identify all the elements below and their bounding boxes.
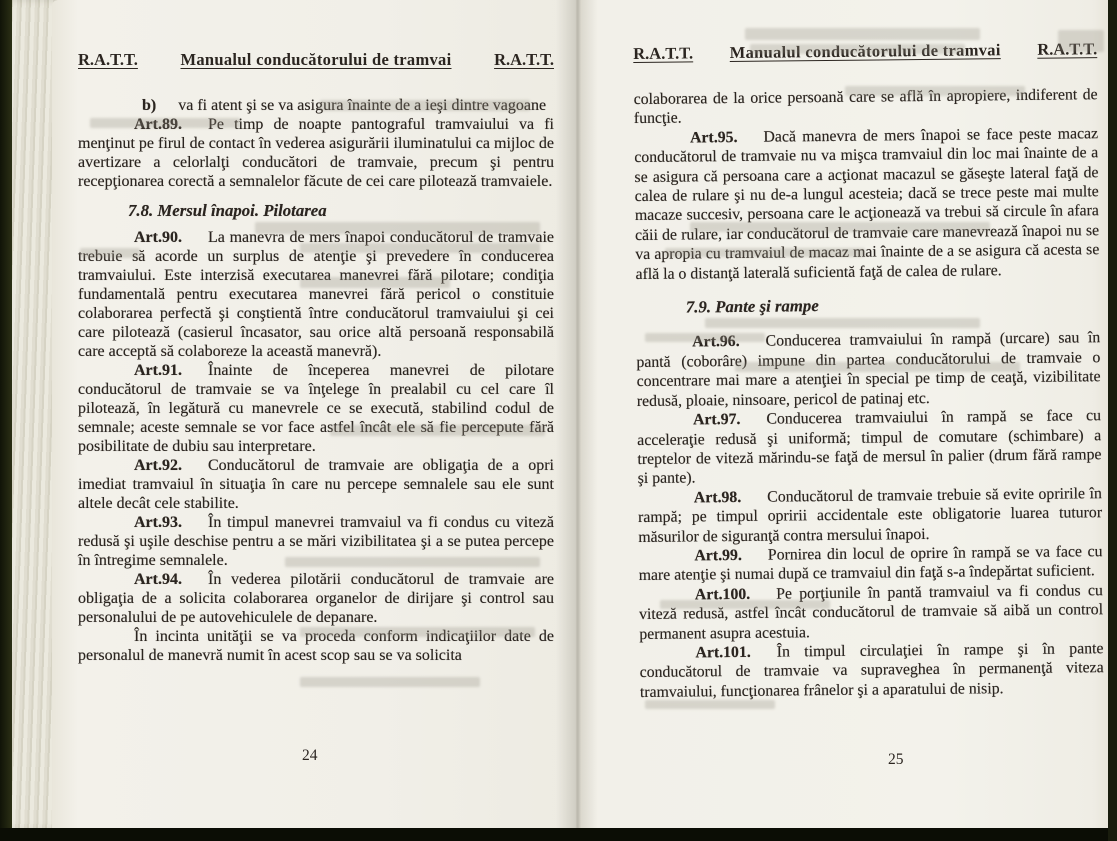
ghost-showthrough bbox=[300, 627, 535, 637]
article-label: Art.101. bbox=[695, 644, 750, 662]
gutter-shadow bbox=[556, 0, 598, 830]
article-paragraph: Art.97.Conducerea tramvaiului în rampă s… bbox=[637, 406, 1102, 488]
ghost-showthrough bbox=[735, 362, 1020, 372]
ghost-showthrough bbox=[255, 222, 540, 234]
article-label: Art.92. bbox=[134, 457, 182, 474]
ghost-showthrough bbox=[300, 277, 450, 288]
article-paragraph: Art.99.Pornirea din locul de oprire în r… bbox=[638, 542, 1102, 586]
section-heading: 7.9. Pante şi rampe bbox=[636, 293, 1100, 317]
header-ratt-left: R.A.T.T. bbox=[633, 43, 693, 64]
article-label: Art.94. bbox=[134, 571, 182, 588]
header-ratt-right: R.A.T.T. bbox=[494, 50, 554, 70]
article-paragraph: Art.100.Pe porţiunile în pantă tramvaiul… bbox=[639, 581, 1104, 644]
ghost-showthrough bbox=[285, 557, 540, 567]
ghost-showthrough bbox=[660, 600, 830, 609]
ghost-showthrough bbox=[665, 248, 865, 257]
ghost-showthrough bbox=[300, 677, 480, 687]
article-label: Art.98. bbox=[694, 489, 742, 506]
article-label: Art.97. bbox=[693, 411, 741, 428]
article-paragraph: Art.101.În timpul circulaţiei în rampe ş… bbox=[639, 639, 1104, 702]
scan-border-bottom bbox=[0, 828, 1117, 841]
ghost-showthrough bbox=[330, 425, 545, 436]
article-label: b) bbox=[142, 97, 156, 114]
header-ratt-left: R.A.T.T. bbox=[78, 50, 138, 70]
page-body: b)va fi atent şi se va asigura înainte d… bbox=[78, 96, 554, 665]
paragraph-text: 7.8. Mersul înapoi. Pilotarea bbox=[128, 201, 327, 220]
ghost-showthrough bbox=[645, 333, 765, 342]
paragraph-text: Dacă manevra de mers înapoi se face pest… bbox=[634, 125, 1099, 283]
scan-border-right bbox=[1108, 0, 1117, 841]
article-label: Art.90. bbox=[134, 229, 182, 246]
ghost-showthrough bbox=[320, 100, 530, 111]
ghost-showthrough bbox=[690, 222, 990, 232]
article-label: Art.99. bbox=[694, 547, 742, 564]
paragraph-text: 7.9. Pante şi rampe bbox=[686, 296, 819, 316]
page-number: 24 bbox=[302, 747, 318, 765]
ghost-showthrough bbox=[1058, 30, 1104, 52]
article-label: Art.95. bbox=[690, 129, 738, 146]
page-header: R.A.T.T. Manualul conducătorului de tram… bbox=[78, 50, 554, 70]
ghost-showthrough bbox=[845, 86, 1025, 96]
article-label: Art.91. bbox=[134, 362, 182, 379]
article-paragraph: Art.94.În vederea pilotării conducătorul… bbox=[78, 570, 554, 627]
article-paragraph: Art.92.Conducătorul de tramvaie are obli… bbox=[78, 456, 554, 513]
section-heading: 7.8. Mersul înapoi. Pilotarea bbox=[78, 201, 554, 220]
article-paragraph: Art.95.Dacă manevra de mers înapoi se fa… bbox=[634, 124, 1100, 284]
ghost-showthrough bbox=[90, 118, 240, 128]
ghost-showthrough bbox=[300, 243, 540, 253]
ghost-showthrough bbox=[750, 44, 965, 54]
article-paragraph: Art.91.Înainte de începerea manevrei de … bbox=[78, 361, 554, 456]
left-page-content: R.A.T.T. Manualul conducătorului de tram… bbox=[78, 50, 554, 665]
ghost-showthrough bbox=[705, 318, 980, 328]
page-number: 25 bbox=[888, 751, 904, 769]
article-label: Art.93. bbox=[134, 514, 182, 531]
header-title: Manualul conducătorului de tramvai bbox=[180, 50, 451, 70]
ghost-showthrough bbox=[80, 248, 140, 258]
ghost-showthrough bbox=[645, 700, 775, 709]
ghost-showthrough bbox=[745, 28, 980, 40]
scan-border-left bbox=[0, 0, 12, 841]
page-body: colaborarea de la orice persoană care se… bbox=[634, 85, 1104, 702]
article-paragraph: Art.98.Conducătorul de tramvaie trebuie … bbox=[638, 484, 1103, 547]
